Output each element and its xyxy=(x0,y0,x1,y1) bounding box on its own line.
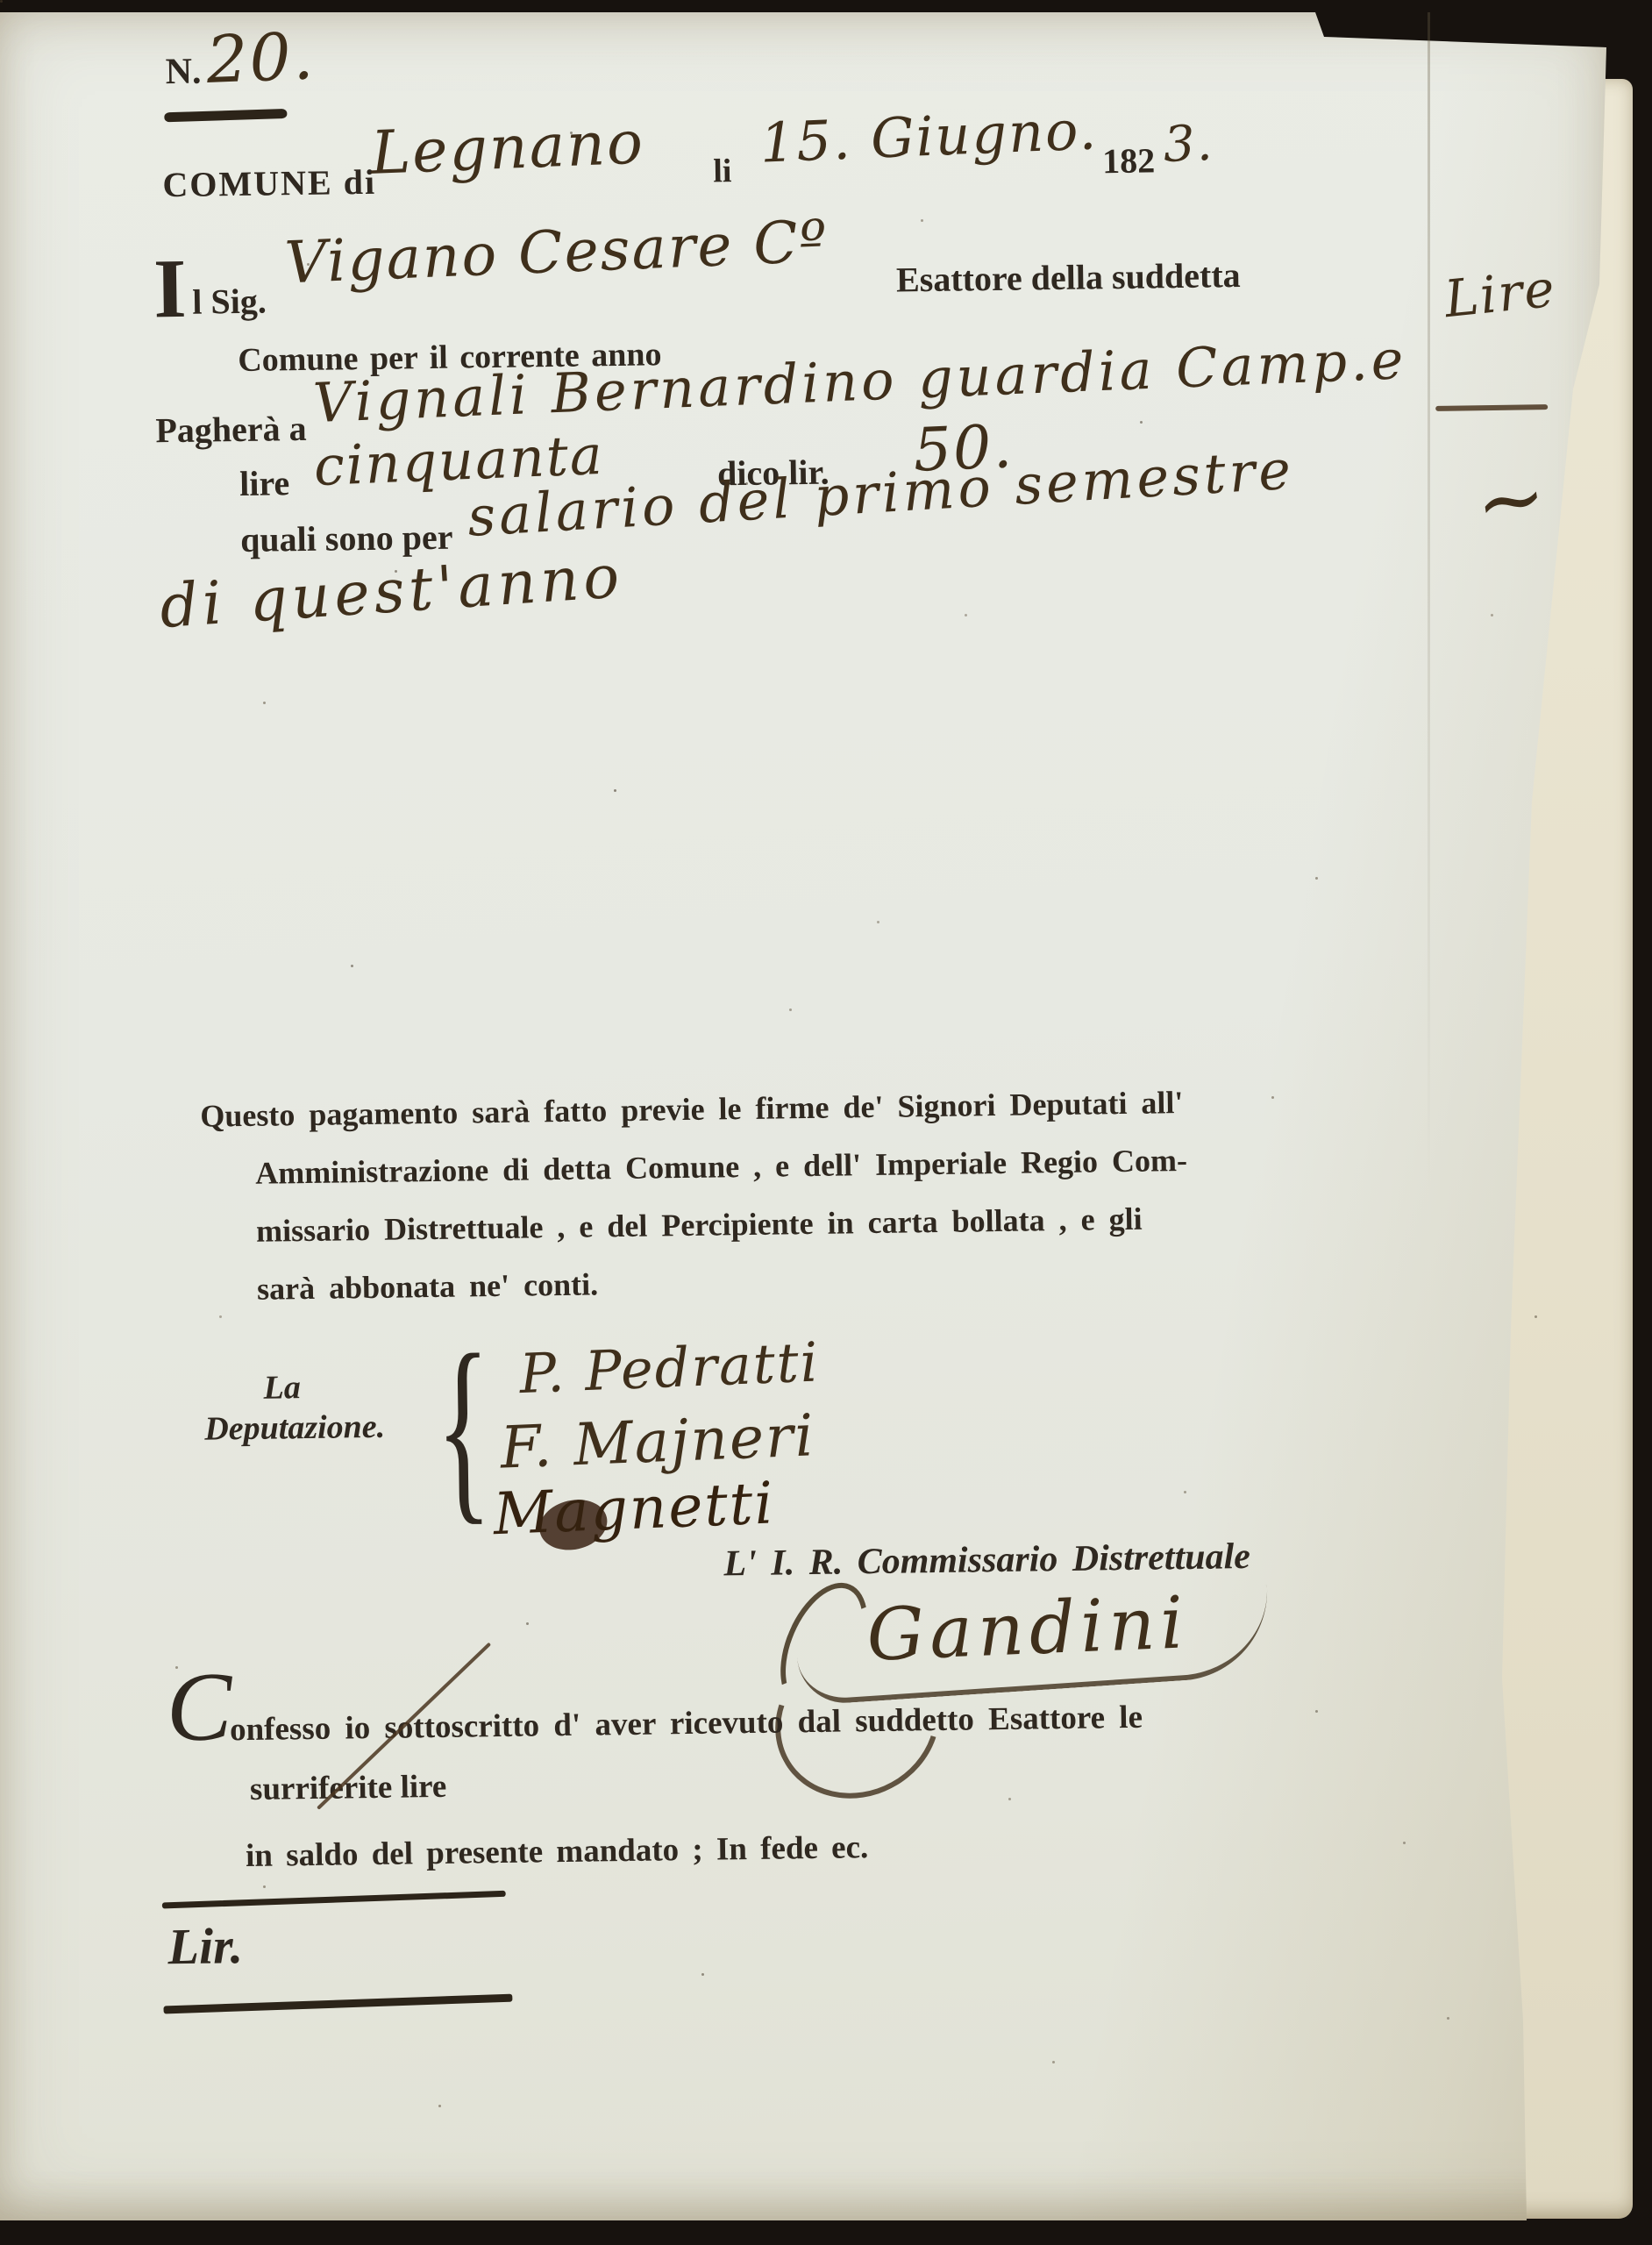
reason-line2-handwritten: di quest'anno xyxy=(158,547,625,638)
payer-name-handwritten: Vigano Cesare Cº xyxy=(284,212,830,292)
deputation-label-deputazione: Deputazione. xyxy=(204,1410,385,1446)
date-prefix-label: li xyxy=(713,154,732,188)
footer-rule-top xyxy=(162,1891,506,1909)
lire-label: lire xyxy=(239,466,290,502)
number-label: N. xyxy=(165,53,201,91)
year-printed: 182 xyxy=(1102,143,1156,179)
number-value-handwritten: 20. xyxy=(205,24,317,93)
footer-rule-bottom xyxy=(163,1994,512,2014)
clause-line-2: Amministrazione di detta Comune , e dell… xyxy=(255,1144,1187,1189)
footer-lir-label: Lir. xyxy=(167,1921,243,1972)
clause-line-4: sarà abbonata ne' conti. xyxy=(257,1268,599,1304)
margin-amount-dash xyxy=(1435,404,1548,411)
number-underline-flourish xyxy=(164,109,287,122)
comune-name-handwritten: Legnano xyxy=(370,113,645,183)
scanned-document-photo: N. 20. COMUNE di Legnano li 15. Giugno. … xyxy=(0,0,1652,2245)
date-handwritten: 15. Giugno. xyxy=(759,103,1099,170)
paghera-label: Pagherà a xyxy=(155,411,307,448)
comune-label: COMUNE di xyxy=(162,165,376,203)
margin-lire-note: Lire xyxy=(1442,263,1558,325)
signature-magnetti: Magnetti xyxy=(492,1474,775,1543)
year-digit-handwritten: 3. xyxy=(1163,119,1215,170)
receipt-line-3: in saldo del presente mandato ; In fede … xyxy=(246,1831,869,1872)
clause-line-1: Questo pagamento sarà fatto previe le fi… xyxy=(200,1087,1184,1132)
commissario-title: L' I. R. Commissario Distrettuale xyxy=(723,1538,1250,1582)
sig-label: l Sig. xyxy=(192,284,267,320)
quali-label: quali sono per xyxy=(240,520,453,558)
drop-cap-C: C xyxy=(166,1657,232,1757)
signature-majneri: F. Majneri xyxy=(499,1407,815,1477)
receipt-line-1: onfesso io sottoscritto d' aver ricevuto… xyxy=(230,1701,1143,1747)
deputation-label-la: La xyxy=(263,1371,301,1405)
deputation-brace: { xyxy=(435,1324,493,1532)
signature-pedratti: P. Pedratti xyxy=(518,1335,820,1401)
document-content: N. 20. COMUNE di Legnano li 15. Giugno. … xyxy=(0,0,1652,2245)
esattore-text: Esattore della suddetta xyxy=(896,258,1241,297)
drop-cap-I: I xyxy=(153,246,187,331)
paper-speckles xyxy=(0,0,3,3)
reason-end-swash: ~ xyxy=(1470,453,1554,546)
clause-line-3: missario Distrettuale , e del Percipient… xyxy=(256,1203,1143,1247)
